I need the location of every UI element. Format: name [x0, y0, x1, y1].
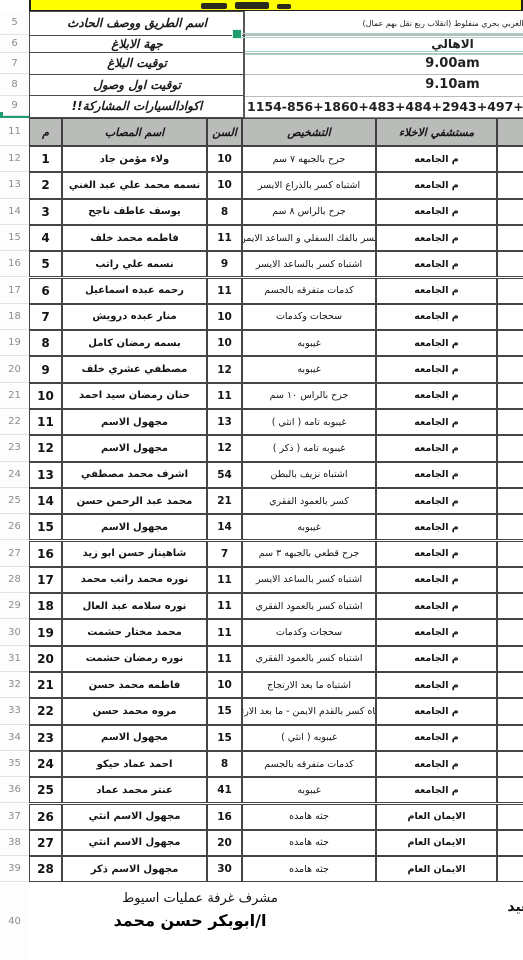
- selection-border-bottom: [245, 54, 523, 55]
- cell-empty[interactable]: [497, 593, 523, 619]
- row-header-6[interactable]: 6: [0, 35, 29, 53]
- col-header-age[interactable]: السن: [207, 118, 242, 146]
- cell-diagnosis[interactable]: جثه هامده: [242, 804, 376, 830]
- row-header-37[interactable]: 37: [0, 804, 29, 830]
- cell-diagnosis[interactable]: غيبوبه تامه ( ذكر ): [242, 435, 376, 461]
- row-header-29[interactable]: 29: [0, 593, 29, 619]
- cell-diagnosis[interactable]: غيبوبه: [242, 514, 376, 540]
- cell-age[interactable]: 10: [207, 330, 242, 356]
- cell-name[interactable]: نوره سلامه عبد العال: [62, 593, 207, 619]
- cell-serial[interactable]: 14: [29, 488, 62, 514]
- row-header-19[interactable]: 19: [0, 330, 29, 356]
- cell-age[interactable]: 54: [207, 462, 242, 488]
- cell-serial[interactable]: 13: [29, 462, 62, 488]
- footer-supervisor-title[interactable]: مشرف غرفة عمليات اسيوط: [70, 888, 330, 908]
- footer-region-fragment[interactable]: د الصعيد: [455, 897, 523, 917]
- cell-age[interactable]: 11: [207, 278, 242, 304]
- cell-diagnosis[interactable]: اشتباه كسر بالساعد الايسر: [242, 251, 376, 277]
- row-header-33[interactable]: 33: [0, 698, 29, 724]
- cell-diagnosis[interactable]: غيبوبه: [242, 356, 376, 382]
- cell-empty[interactable]: [497, 672, 523, 698]
- cell-serial[interactable]: 3: [29, 199, 62, 225]
- cell-empty[interactable]: [497, 830, 523, 856]
- row-header-21[interactable]: 21: [0, 383, 29, 409]
- cell-hospital[interactable]: م الجامعه: [376, 514, 497, 540]
- cell-serial[interactable]: 15: [29, 514, 62, 540]
- cell-name[interactable]: نسمه علي راتب: [62, 251, 207, 277]
- cell-serial[interactable]: 12: [29, 435, 62, 461]
- cell-hospital[interactable]: م الجامعه: [376, 672, 497, 698]
- cell-name[interactable]: اشرف محمد مصطفي: [62, 462, 207, 488]
- cell-age[interactable]: 11: [207, 619, 242, 645]
- cell-name[interactable]: مجهول الاسم انثي: [62, 830, 207, 856]
- cell-diagnosis[interactable]: كدمات متفرقه بالجسم: [242, 278, 376, 304]
- row-header-30[interactable]: 30: [0, 619, 29, 645]
- cell-age[interactable]: 11: [207, 593, 242, 619]
- spreadsheet-canvas[interactable]: 5 6 7 8 9 اسم الطريق ووصف الحادث جهة الا…: [0, 0, 523, 960]
- row-header-39[interactable]: 39: [0, 856, 29, 882]
- cell-empty[interactable]: [497, 225, 523, 251]
- cell-empty[interactable]: [497, 356, 523, 382]
- cell-diagnosis[interactable]: غيبوبه: [242, 330, 376, 356]
- cell-serial[interactable]: 21: [29, 672, 62, 698]
- cell-vehicle-codes-value[interactable]: 1154-856+1860+483+484+2943+497+3125+205: [245, 95, 523, 118]
- cell-age[interactable]: 11: [207, 567, 242, 593]
- row-header-34[interactable]: 34: [0, 725, 29, 751]
- row-header-35[interactable]: 35: [0, 751, 29, 777]
- cell-name[interactable]: عنتر محمد عماد: [62, 777, 207, 803]
- cell-age[interactable]: 8: [207, 199, 242, 225]
- cell-name[interactable]: مجهول الاسم انثي: [62, 804, 207, 830]
- cell-empty[interactable]: [497, 804, 523, 830]
- cell-arrival-time-value[interactable]: 9.10am: [245, 74, 523, 97]
- cell-diagnosis[interactable]: جثه هامده: [242, 830, 376, 856]
- cell-hospital[interactable]: م الجامعه: [376, 619, 497, 645]
- cell-diagnosis[interactable]: اشتباه كسر بالعمود الفقري: [242, 646, 376, 672]
- cell-hospital[interactable]: م الجامعه: [376, 356, 497, 382]
- cell-age[interactable]: 7: [207, 541, 242, 567]
- footer-supervisor-name[interactable]: ا/ابوبكر حسن محمد: [60, 908, 320, 932]
- cell-age[interactable]: 11: [207, 225, 242, 251]
- cell-age[interactable]: 16: [207, 804, 242, 830]
- cell-report-time-value[interactable]: 9.00am: [245, 52, 523, 75]
- cell-name[interactable]: مجهول الاسم: [62, 435, 207, 461]
- cell-empty[interactable]: [497, 856, 523, 882]
- cell-empty[interactable]: [497, 567, 523, 593]
- cell-diagnosis[interactable]: اشتباه ما بعد الارتجاج: [242, 672, 376, 698]
- cell-age[interactable]: 8: [207, 751, 242, 777]
- cell-arrival-time-label[interactable]: توقيت اول وصول: [29, 74, 245, 97]
- cell-age[interactable]: 41: [207, 777, 242, 803]
- cell-hospital[interactable]: م الجامعه: [376, 777, 497, 803]
- cell-serial[interactable]: 2: [29, 172, 62, 198]
- col-header-extra[interactable]: [497, 118, 523, 146]
- cell-hospital[interactable]: م الجامعه: [376, 251, 497, 277]
- cell-name[interactable]: شاهيناز حسن ابو زيد: [62, 541, 207, 567]
- cell-age[interactable]: 10: [207, 304, 242, 330]
- cell-diagnosis[interactable]: كدمات متفرقه بالجسم: [242, 751, 376, 777]
- cell-diagnosis[interactable]: سحجات وكدمات: [242, 619, 376, 645]
- cropped-title-glyphs: [235, 2, 269, 9]
- cell-hospital[interactable]: م الجامعه: [376, 330, 497, 356]
- cell-empty[interactable]: [497, 646, 523, 672]
- cell-age[interactable]: 20: [207, 830, 242, 856]
- cell-diagnosis[interactable]: كسر بالعمود الفقري: [242, 488, 376, 514]
- cropped-title-glyphs: [277, 4, 291, 9]
- cell-serial[interactable]: 9: [29, 356, 62, 382]
- cell-age[interactable]: 15: [207, 725, 242, 751]
- cell-serial[interactable]: 24: [29, 751, 62, 777]
- column-divider: [243, 11, 245, 117]
- cell-hospital[interactable]: م الجامعه: [376, 409, 497, 435]
- cell-hospital[interactable]: م الجامعه: [376, 435, 497, 461]
- cell-age[interactable]: 10: [207, 672, 242, 698]
- cell-serial[interactable]: 11: [29, 409, 62, 435]
- cell-name[interactable]: فاطمه محمد خلف: [62, 225, 207, 251]
- row-header-15[interactable]: 15: [0, 225, 29, 251]
- cell-road-value[interactable]: راوي الغربي بحري منفلوط (انقلاب ربع نقل …: [245, 11, 523, 36]
- row-header-26[interactable]: 26: [0, 514, 29, 540]
- cell-hospital[interactable]: م الجامعه: [376, 698, 497, 724]
- cell-hospital[interactable]: م الجامعه: [376, 172, 497, 198]
- row-header-40[interactable]: 40: [0, 883, 29, 960]
- cell-age[interactable]: 10: [207, 172, 242, 198]
- row-header-32[interactable]: 32: [0, 672, 29, 698]
- cell-diagnosis[interactable]: اشتباه نزيف بالبطن: [242, 462, 376, 488]
- cell-age[interactable]: 10: [207, 146, 242, 172]
- row-header-7[interactable]: 7: [0, 53, 29, 74]
- cell-serial[interactable]: 5: [29, 251, 62, 277]
- cell-name[interactable]: نوره محمد راتب محمد: [62, 567, 207, 593]
- col-header-name[interactable]: اسم المصاب: [62, 118, 207, 146]
- cell-empty[interactable]: [497, 514, 523, 540]
- row-header-12[interactable]: 12: [0, 146, 29, 172]
- cell-age[interactable]: 13: [207, 409, 242, 435]
- row-header-11[interactable]: 11: [0, 118, 29, 146]
- cell-serial[interactable]: 6: [29, 278, 62, 304]
- cell-hospital[interactable]: م الجامعه: [376, 199, 497, 225]
- cell-report-source-label[interactable]: جهة الابلاغ: [29, 35, 245, 54]
- cell-name[interactable]: بسمه رمضان كامل: [62, 330, 207, 356]
- row-header-20[interactable]: 20: [0, 356, 29, 382]
- cell-empty[interactable]: [497, 725, 523, 751]
- row-header-24[interactable]: 24: [0, 462, 29, 488]
- row-header-22[interactable]: 22: [0, 409, 29, 435]
- cell-hospital[interactable]: م الجامعه: [376, 488, 497, 514]
- cell-name[interactable]: نسمه محمد علي عبد الغني: [62, 172, 207, 198]
- cell-vehicle-codes-label[interactable]: اكوادالسيارات المشاركة!!: [29, 95, 245, 118]
- cell-diagnosis[interactable]: سحجات وكدمات: [242, 304, 376, 330]
- cell-empty[interactable]: [497, 172, 523, 198]
- cell-age[interactable]: 30: [207, 856, 242, 882]
- cell-report-time-label[interactable]: توقيت البلاغ: [29, 52, 245, 75]
- cell-name[interactable]: محمد مختار حشمت: [62, 619, 207, 645]
- cell-empty[interactable]: [497, 462, 523, 488]
- cell-empty[interactable]: [497, 541, 523, 567]
- cell-name[interactable]: مجهول الاسم: [62, 725, 207, 751]
- cell-serial[interactable]: 28: [29, 856, 62, 882]
- row-header-8[interactable]: 8: [0, 74, 29, 96]
- cell-name[interactable]: احمد عماد حيكو: [62, 751, 207, 777]
- cell-name[interactable]: ولاء مؤمن جاد: [62, 146, 207, 172]
- cell-empty[interactable]: [497, 698, 523, 724]
- cell-diagnosis[interactable]: جثه هامده: [242, 856, 376, 882]
- cell-diagnosis[interactable]: غيبوبه ( انثي ): [242, 725, 376, 751]
- cell-diagnosis[interactable]: جرح بالراس ٨ سم: [242, 199, 376, 225]
- cell-name[interactable]: مصطفي عشري خلف: [62, 356, 207, 382]
- cell-serial[interactable]: 4: [29, 225, 62, 251]
- cell-serial[interactable]: 17: [29, 567, 62, 593]
- cell-hospital[interactable]: الايمان العام: [376, 856, 497, 882]
- row-header-5[interactable]: 5: [0, 11, 29, 35]
- cell-hospital[interactable]: م الجامعه: [376, 462, 497, 488]
- cell-road-label[interactable]: اسم الطريق ووصف الحادث: [29, 11, 245, 36]
- selection-border-bottom: [245, 51, 523, 52]
- col-header-num[interactable]: م: [29, 118, 62, 146]
- cell-diagnosis[interactable]: اشتباه كسر بالعمود الفقري: [242, 593, 376, 619]
- cell-empty[interactable]: [497, 199, 523, 225]
- cell-empty[interactable]: [497, 330, 523, 356]
- cell-diagnosis[interactable]: اشتباه كسر بالقدم الايمن - ما بعد الارتج…: [242, 698, 376, 724]
- cell-serial[interactable]: 26: [29, 804, 62, 830]
- cell-serial[interactable]: 16: [29, 541, 62, 567]
- selection-border-top: [242, 37, 523, 38]
- cell-hospital[interactable]: الايمان العام: [376, 804, 497, 830]
- cell-hospital[interactable]: م الجامعه: [376, 278, 497, 304]
- cell-serial[interactable]: 25: [29, 777, 62, 803]
- row-header-13[interactable]: 13: [0, 172, 29, 198]
- cell-empty[interactable]: [497, 751, 523, 777]
- cell-empty[interactable]: [497, 251, 523, 277]
- row-header-31[interactable]: 31: [0, 646, 29, 672]
- cell-diagnosis[interactable]: اشتباه كسر بالساعد الايسر: [242, 567, 376, 593]
- cell-hospital[interactable]: م الجامعه: [376, 383, 497, 409]
- row-header-28[interactable]: 28: [0, 567, 29, 593]
- cell-age[interactable]: 21: [207, 488, 242, 514]
- selection-handle[interactable]: [232, 29, 242, 39]
- row-header-36[interactable]: 36: [0, 777, 29, 803]
- cell-empty[interactable]: [497, 435, 523, 461]
- cell-name[interactable]: مجهول الاسم: [62, 409, 207, 435]
- cell-age[interactable]: 12: [207, 435, 242, 461]
- row-header-18[interactable]: 18: [0, 304, 29, 330]
- cell-age[interactable]: 11: [207, 383, 242, 409]
- col-header-diagnosis[interactable]: التشخيص: [242, 118, 376, 146]
- cell-diagnosis[interactable]: غيبوبه تامه ( انثي ): [242, 409, 376, 435]
- row-header-38[interactable]: 38: [0, 830, 29, 856]
- cell-empty[interactable]: [497, 619, 523, 645]
- title-banner: [29, 0, 523, 12]
- cell-age[interactable]: 15: [207, 698, 242, 724]
- cell-serial[interactable]: 1: [29, 146, 62, 172]
- cell-empty[interactable]: [497, 383, 523, 409]
- cell-name[interactable]: محمد عبد الرحمن حسن: [62, 488, 207, 514]
- cell-hospital[interactable]: م الجامعه: [376, 751, 497, 777]
- cell-age[interactable]: 14: [207, 514, 242, 540]
- cell-hospital[interactable]: م الجامعه: [376, 304, 497, 330]
- cell-serial[interactable]: 22: [29, 698, 62, 724]
- cell-age[interactable]: 11: [207, 646, 242, 672]
- cell-age[interactable]: 9: [207, 251, 242, 277]
- cell-empty[interactable]: [497, 278, 523, 304]
- cell-hospital[interactable]: م الجامعه: [376, 725, 497, 751]
- cell-name[interactable]: مجهول الاسم: [62, 514, 207, 540]
- cell-serial[interactable]: 8: [29, 330, 62, 356]
- row-header-14[interactable]: 14: [0, 199, 29, 225]
- row-header-17[interactable]: 17: [0, 278, 29, 304]
- cell-diagnosis[interactable]: غيبوبه: [242, 777, 376, 803]
- row-header-16[interactable]: 16: [0, 251, 29, 277]
- cell-name[interactable]: فاطمه محمد حسن: [62, 672, 207, 698]
- cell-serial[interactable]: 10: [29, 383, 62, 409]
- grid-line: [245, 74, 523, 76]
- cell-serial[interactable]: 27: [29, 830, 62, 856]
- cell-diagnosis[interactable]: اشتباه كسر بالذراع الايسر: [242, 172, 376, 198]
- cell-name[interactable]: حنان رمضان سيد احمد: [62, 383, 207, 409]
- cell-diagnosis[interactable]: جرح قطعي بالجبهه ٣ سم: [242, 541, 376, 567]
- cell-serial[interactable]: 19: [29, 619, 62, 645]
- cell-name[interactable]: رحمه عبده اسماعيل: [62, 278, 207, 304]
- cell-name[interactable]: مروه محمد حسن: [62, 698, 207, 724]
- cell-empty[interactable]: [497, 304, 523, 330]
- cell-serial[interactable]: 20: [29, 646, 62, 672]
- cell-name[interactable]: منار عبده درويش: [62, 304, 207, 330]
- cell-empty[interactable]: [497, 409, 523, 435]
- cell-name[interactable]: مجهول الاسم ذكر: [62, 856, 207, 882]
- cell-serial[interactable]: 18: [29, 593, 62, 619]
- cell-age[interactable]: 12: [207, 356, 242, 382]
- row-header-27[interactable]: 27: [0, 541, 29, 567]
- cell-hospital[interactable]: م الجامعه: [376, 593, 497, 619]
- row-header-9[interactable]: 9: [0, 96, 29, 117]
- col-header-hospital[interactable]: مستشفي الاخلاء: [376, 118, 497, 146]
- cell-hospital[interactable]: م الجامعه: [376, 146, 497, 172]
- cell-hospital[interactable]: الايمان العام: [376, 830, 497, 856]
- cell-diagnosis[interactable]: كسر بالفك السفلي و الساعد الايمن: [242, 225, 376, 251]
- cell-name[interactable]: نوره رمضان حشمت: [62, 646, 207, 672]
- selection-border-top: [242, 33, 523, 34]
- cell-diagnosis[interactable]: جرح بالجبهه ٧ سم: [242, 146, 376, 172]
- cell-empty[interactable]: [497, 777, 523, 803]
- cell-empty[interactable]: [497, 146, 523, 172]
- cell-empty[interactable]: [497, 488, 523, 514]
- cell-serial[interactable]: 23: [29, 725, 62, 751]
- cropped-title-glyphs: [201, 3, 227, 9]
- cell-diagnosis[interactable]: جرح بالراس ١٠ سم: [242, 383, 376, 409]
- row-header-23[interactable]: 23: [0, 435, 29, 461]
- cell-serial[interactable]: 7: [29, 304, 62, 330]
- cell-hospital[interactable]: م الجامعه: [376, 225, 497, 251]
- cell-hospital[interactable]: م الجامعه: [376, 567, 497, 593]
- row-header-25[interactable]: 25: [0, 488, 29, 514]
- cell-name[interactable]: يوسف عاطف ناجح: [62, 199, 207, 225]
- cell-hospital[interactable]: م الجامعه: [376, 541, 497, 567]
- cell-hospital[interactable]: م الجامعه: [376, 646, 497, 672]
- grid-line: [245, 96, 523, 98]
